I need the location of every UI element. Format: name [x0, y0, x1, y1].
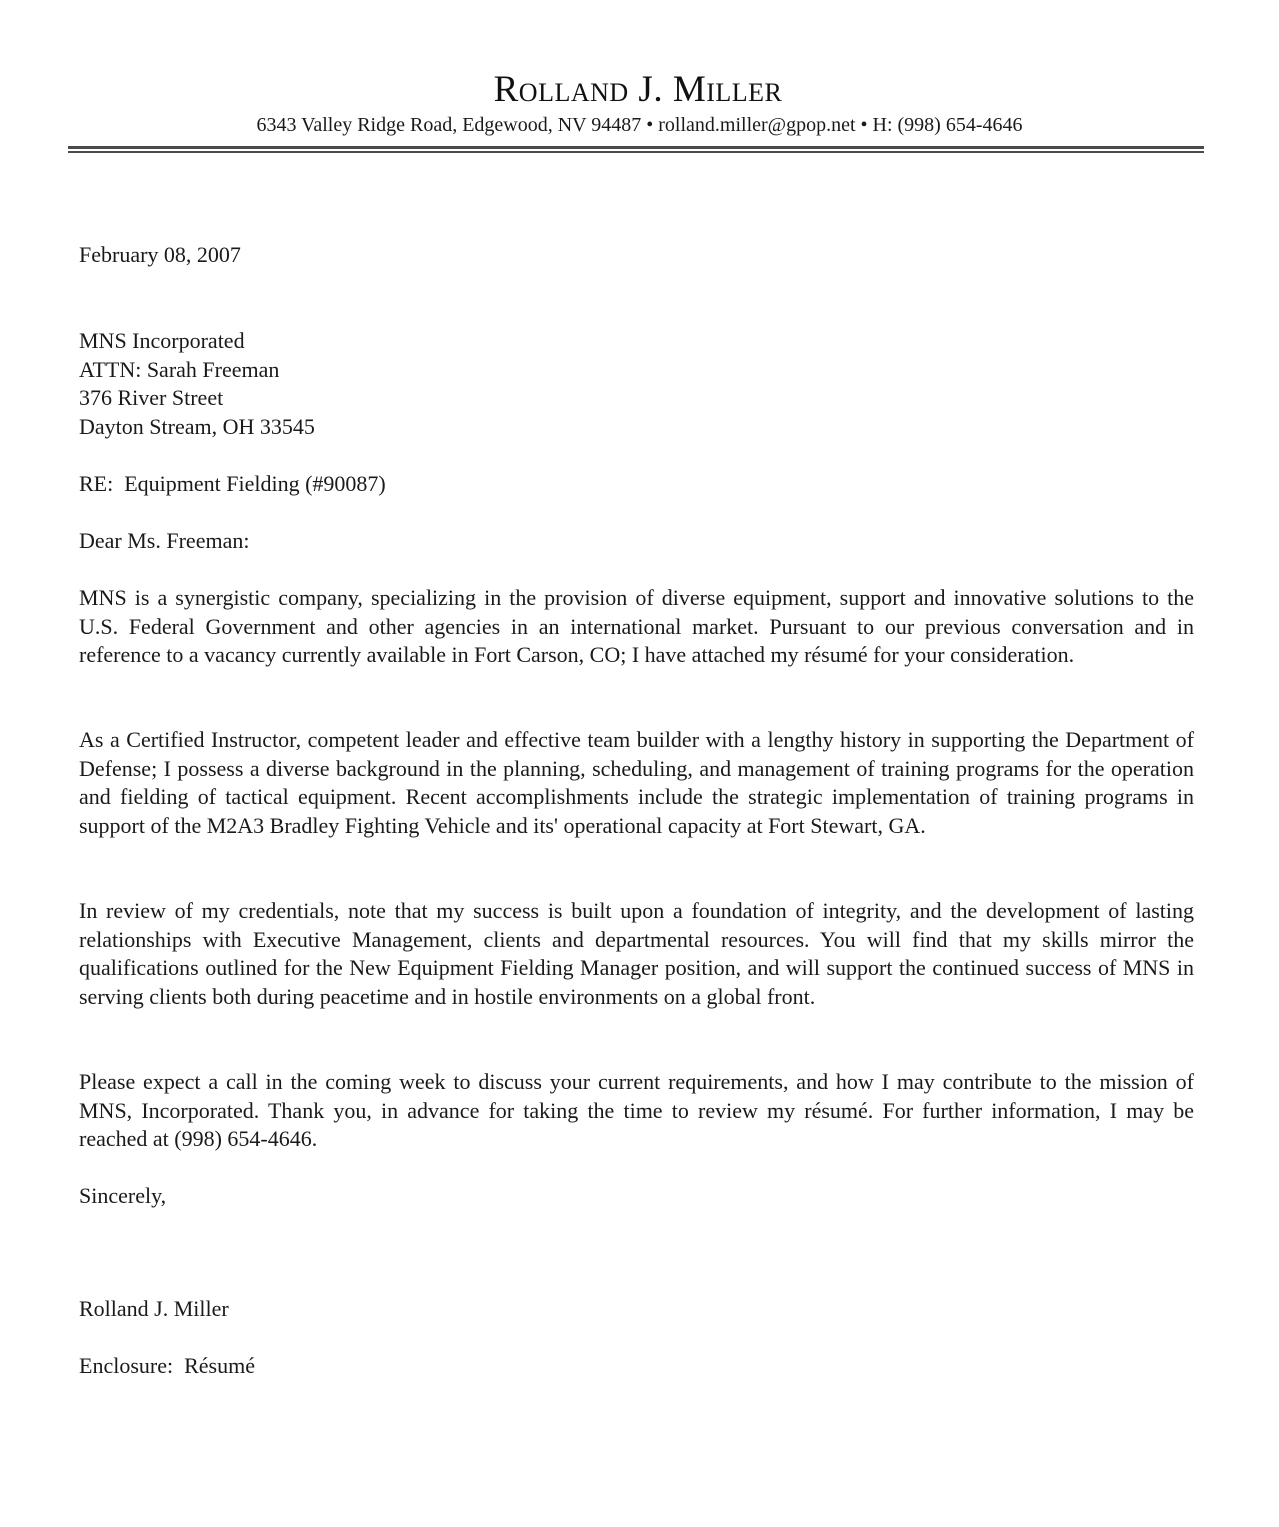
letter-date: February 08, 2007	[79, 241, 1194, 270]
sender-contact-line: 6343 Valley Ridge Road, Edgewood, NV 944…	[0, 112, 1279, 138]
body-paragraph: MNS is a synergistic company, specializi…	[79, 584, 1194, 670]
letterhead: Rolland J. Miller 6343 Valley Ridge Road…	[0, 68, 1279, 138]
header-divider-thin	[68, 151, 1204, 153]
subject-line: RE: Equipment Fielding (#90087)	[79, 470, 1194, 499]
recipient-city-state-zip: Dayton Stream, OH 33545	[79, 413, 1194, 442]
body-paragraph: In review of my credentials, note that m…	[79, 897, 1194, 1011]
recipient-attention: ATTN: Sarah Freeman	[79, 356, 1194, 385]
body-paragraph: Please expect a call in the coming week …	[79, 1068, 1194, 1154]
recipient-company: MNS Incorporated	[79, 327, 1194, 356]
enclosure-note: Enclosure: Résumé	[79, 1352, 1194, 1381]
salutation: Dear Ms. Freeman:	[79, 527, 1194, 556]
recipient-street: 376 River Street	[79, 384, 1194, 413]
recipient-address: MNS Incorporated ATTN: Sarah Freeman 376…	[79, 327, 1194, 441]
closing: Sincerely,	[79, 1182, 1194, 1211]
sender-name: Rolland J. Miller	[0, 68, 1279, 112]
signature-name: Rolland J. Miller	[79, 1295, 1194, 1324]
header-divider-thick	[68, 146, 1204, 149]
body-paragraph: As a Certified Instructor, competent lea…	[79, 726, 1194, 840]
